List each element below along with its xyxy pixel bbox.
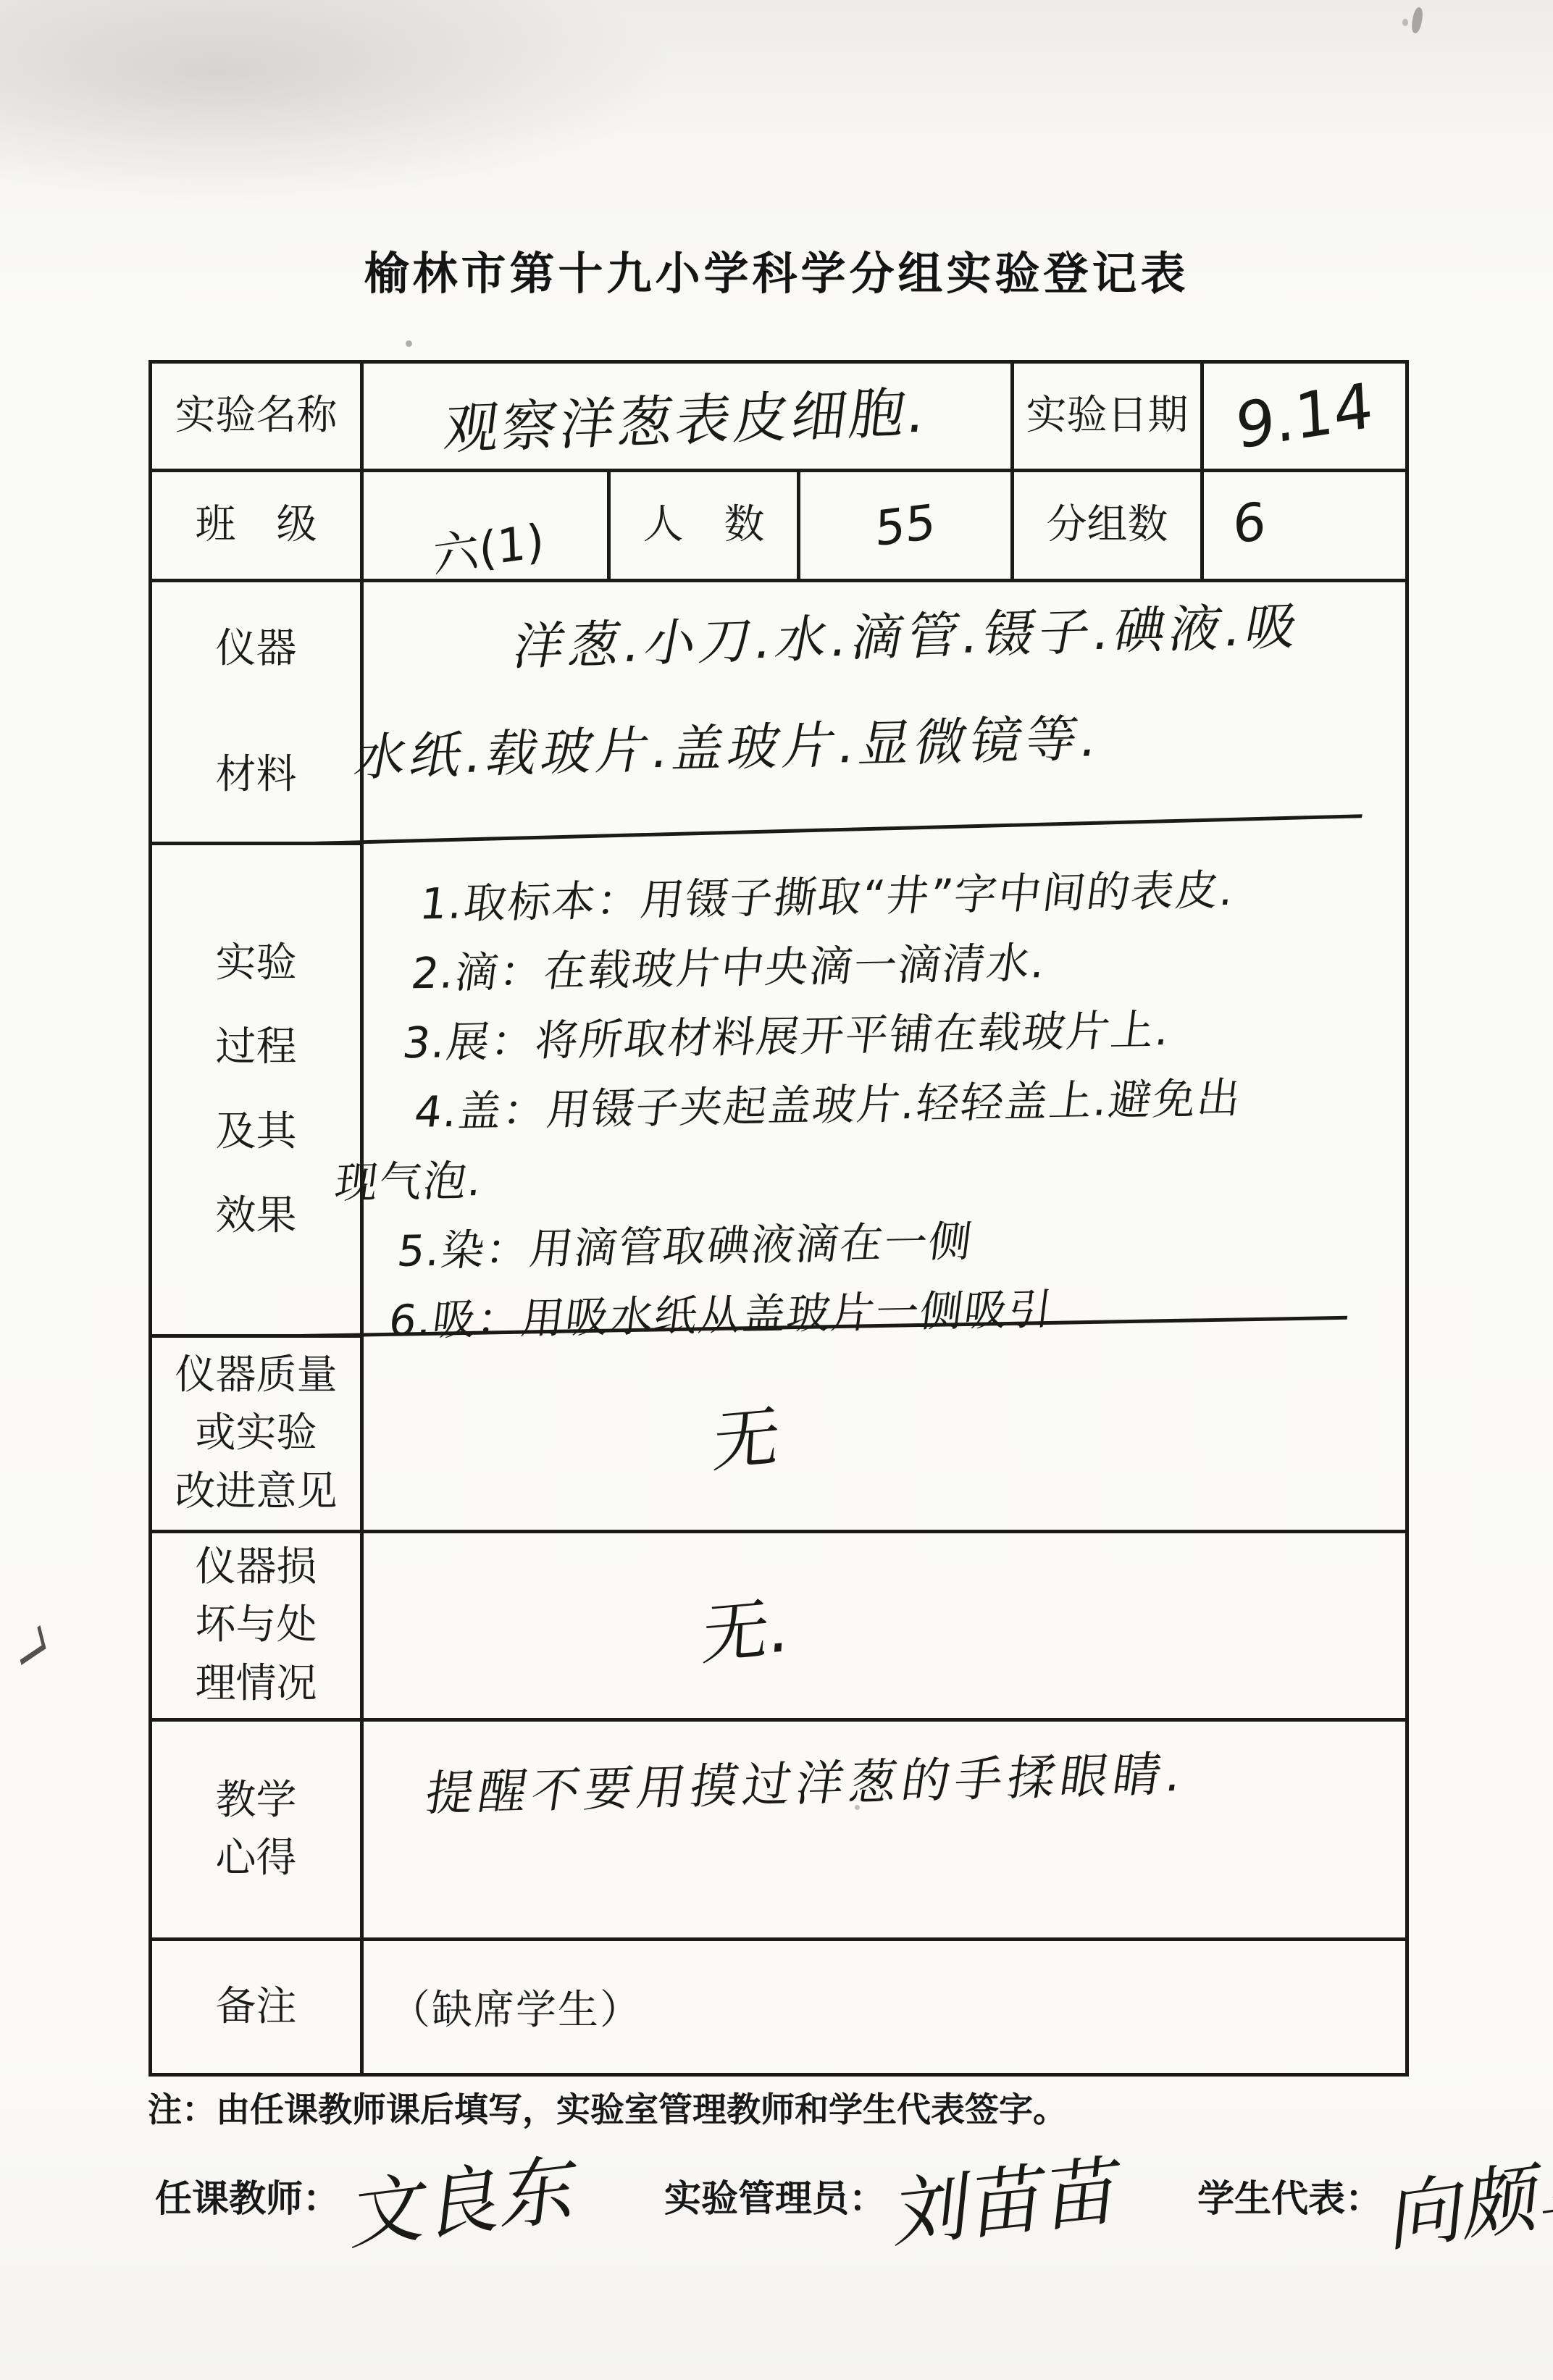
footnote: 注：由任课教师课后填写，实验室管理教师和学生代表签字。 [148,2083,1067,2132]
class-value: 六(1) [364,472,611,582]
remarks-value: （缺席学生） [364,1941,1405,2073]
student-signature: 向颇鸟 [1386,2124,1553,2266]
student-signature-label: 学生代表： [1197,2141,1382,2222]
scan-artifact-speck [1410,7,1424,34]
reflection-value: 提醒不要用摸过洋葱的手揉眼睛. [364,1722,1405,1941]
class-label: 班 级 [152,472,364,582]
reflection-label: 教学 心得 [152,1722,364,1941]
form-title: 榆林市第十九小学科学分组实验登记表 [0,238,1553,302]
teacher-signature: 文良东 [347,2126,585,2264]
signature-row: 任课教师： 文良东 实验管理员： 刘苗苗 学生代表： 向颇鸟 [155,2141,1539,2250]
experiment-name-label: 实验名称 [152,364,364,472]
materials-value: 洋葱.小刀.水.滴管.镊子.碘液.吸 水纸.载玻片.盖玻片.显微镜等. [314,555,1410,845]
damage-label: 仪器损 坏与处 理情况 [152,1533,364,1722]
quality-label: 仪器质量 或实验 改进意见 [152,1338,364,1533]
experiment-form-table: 实验名称 观察洋葱表皮细胞. 实验日期 9.14 班 级 六(1) 人 数 55… [148,360,1409,2077]
experiment-date-value: 9.14 [1204,364,1405,472]
scan-artifact-speck [1402,19,1408,26]
remarks-label: 备注 [152,1941,364,2073]
manager-signature-label: 实验管理员： [664,2141,886,2222]
scan-artifact-pen-mark [16,1625,46,1665]
quality-value: 无 [364,1338,1405,1533]
teacher-signature-label: 任课教师： [155,2141,340,2222]
scanned-form-page: 榆林市第十九小学科学分组实验登记表 实验名称 观察洋葱表皮细胞. 实验日期 9.… [0,0,1553,2380]
experiment-name-value: 观察洋葱表皮细胞. [364,364,1014,472]
process-steps: 1.取标本：用镊子撕取“井”字中间的表皮. 2.滴：在载玻片中央滴一滴清水. 3… [303,827,1407,1338]
manager-signature: 刘苗苗 [891,2128,1127,2262]
scan-artifact-dot [406,340,412,347]
experiment-date-label: 实验日期 [1014,364,1204,472]
damage-value: 无. [364,1533,1405,1722]
students-label: 人 数 [611,472,800,582]
